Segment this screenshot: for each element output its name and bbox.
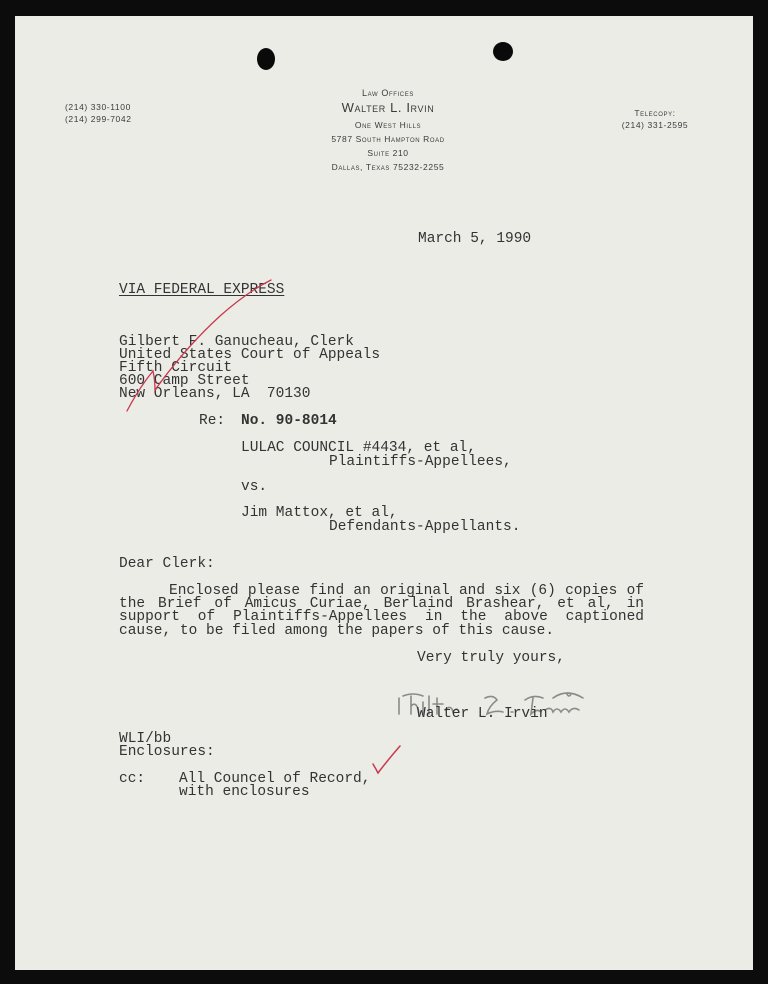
enclosures-label: Enclosures: (119, 746, 215, 759)
cc-label: cc: (119, 773, 145, 786)
versus-label: vs. (241, 481, 267, 494)
case-number: No. 90-8014 (241, 415, 337, 428)
address-line-4: Dallas, Texas 75232-2255 (288, 162, 488, 172)
body-text: Enclosed please find an original and six… (119, 583, 644, 639)
hole-punch-left (257, 48, 275, 70)
checkmark-icon (373, 746, 400, 773)
salutation: Dear Clerk: (119, 558, 215, 571)
office-label: Law Offices (288, 88, 488, 98)
recipient-line: New Orleans, LA 70130 (119, 388, 310, 401)
signature-name: Walter L. Irvin (417, 708, 548, 721)
hole-punch-right (493, 42, 513, 61)
address-line-2: 5787 South Hampton Road (288, 134, 488, 144)
delivery-method: VIA FEDERAL EXPRESS (119, 284, 284, 297)
letter-page: (214) 330-1100 (214) 299-7042 Law Office… (15, 16, 753, 970)
defendant-role: Defendants-Appellants. (329, 521, 520, 534)
red-pen-marks (15, 16, 753, 970)
letter-body: Enclosed please find an original and six… (119, 585, 644, 638)
telecopy-number: (214) 331-2595 (615, 120, 695, 130)
address-line-1: One West Hills (288, 120, 488, 130)
closing: Very truly yours, (417, 652, 565, 665)
telecopy-label: Telecopy: (615, 108, 695, 118)
cc-line: with enclosures (179, 786, 310, 799)
address-line-3: Suite 210 (288, 148, 488, 158)
letter-date: March 5, 1990 (418, 233, 531, 246)
re-label: Re: (199, 415, 225, 428)
phone-line-2: (214) 299-7042 (65, 114, 132, 124)
firm-name: Walter L. Irvin (288, 100, 488, 115)
phone-line-1: (214) 330-1100 (65, 102, 131, 112)
plaintiff-role: Plaintiffs-Appellees, (329, 456, 512, 469)
